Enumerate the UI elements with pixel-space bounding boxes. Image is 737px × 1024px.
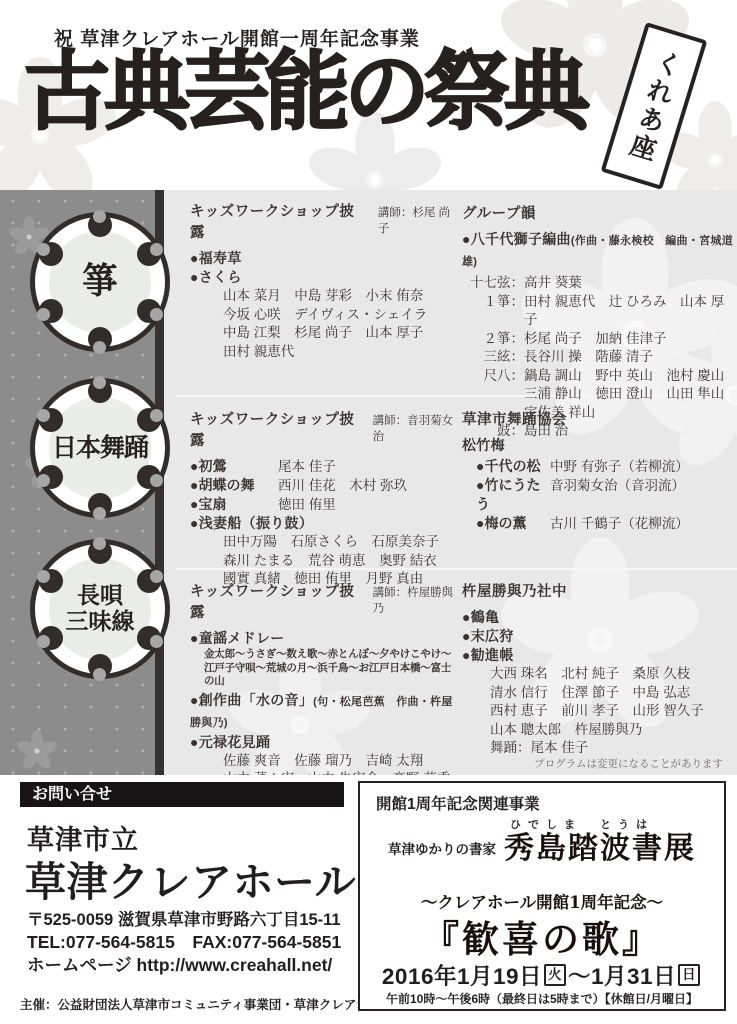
performer-names: 中島 江梨 杉尾 尚子 山本 厚子 bbox=[190, 324, 458, 343]
contact-header: お問い合せ bbox=[20, 782, 344, 807]
performer-names: 今坂 心咲 デイヴィス・シェイラ bbox=[190, 306, 458, 325]
medallion-label-nagauta: 長唄 三味線 bbox=[35, 544, 165, 674]
performer-names: 山本 聰太郎 杵屋勝與乃 bbox=[462, 721, 734, 740]
part-row: 三絃：長谷川 操 階藤 清子 bbox=[462, 348, 734, 367]
poster-title: 古典芸能の祭典 bbox=[24, 40, 624, 143]
section-nagauta-right: 杵屋勝與乃社中 ●鶴亀 ●末広狩 ●勧進帳 大西 珠名 北村 純子 桑原 久枝 … bbox=[462, 580, 734, 758]
medley-songs: 金太郎～うさぎ～数え歌～赤とんぼ～夕やけこやけ～ bbox=[190, 648, 458, 662]
section-nagauta-left: キッズワークショップ披露講師：杵屋勝與乃 ●童謡メドレー 金太郎～うさぎ～数え歌… bbox=[190, 580, 458, 775]
section-buyo-left: キッズワークショップ披露講師：音羽菊女治 ●初鶯尾本 佳子 ●胡蝶の舞西川 佳花… bbox=[190, 408, 458, 589]
medallion-koto: 箏 bbox=[30, 212, 170, 352]
instructor-label: 講師：杵屋勝與乃 bbox=[373, 584, 458, 616]
footer: お問い合せ 草津市立 草津クレアホール 〒525-0059 滋賀県草津市野路六丁… bbox=[0, 775, 737, 1024]
program-item: ●元禄花見踊 bbox=[190, 733, 458, 752]
performer-names: 田中万陽 石原さくら 石原美奈子 bbox=[190, 533, 458, 552]
tel-fax: TEL:077-564-5815 FAX:077-564-5851 bbox=[27, 929, 341, 954]
program-item: ●福寿草 bbox=[190, 249, 458, 268]
program-item: ●創作曲「水の音」(句・松尾芭蕉 作曲・杵屋勝與乃) bbox=[190, 691, 458, 733]
weekday-box: 火 bbox=[544, 964, 566, 986]
related-event-category: 開館1周年記念関連事業 bbox=[376, 792, 540, 814]
homepage-url: ホームページ http://www.creahall.net/ bbox=[27, 952, 332, 977]
section-koto-left: キッズワークショップ披露講師：杉尾 尚子 ●福寿草 ●さくら 山本 菜月 中島 … bbox=[190, 200, 458, 361]
program-item: ●勧進帳 bbox=[462, 646, 734, 665]
program-item: ●童謡メドレー bbox=[190, 629, 458, 648]
performer-names: 舞踊：尾本 佳子 bbox=[462, 739, 734, 758]
performer-names: 西村 恵子 前川 孝子 山形 智久子 bbox=[462, 702, 734, 721]
exhibition-hours: 午前10時～午後6時（最終日は5時まで）【休館日/月曜日】 bbox=[360, 990, 724, 1007]
part-row: 尺八：鍋島 調山 野中 英山 池村 慶山 bbox=[462, 367, 734, 386]
program-item: ●鶴亀 bbox=[462, 608, 734, 627]
exhibition-main-title: 『歓喜の歌』 bbox=[360, 909, 724, 963]
medley-songs: 江戸子守唄～荒城の月～浜千鳥～お江戸日本橋～富士の山 bbox=[190, 662, 458, 689]
group-heading: 草津市舞踊協会 bbox=[462, 408, 567, 429]
exhibition-title: 秀島踏波書展 bbox=[504, 832, 696, 865]
medallion-nihon-buyo: 日本舞踊 bbox=[30, 378, 170, 518]
exhibition-dates: 2016年1月19日火～1月31日日 bbox=[360, 959, 724, 991]
program-content: 箏 日本舞踊 長唄 三味線 キッズワークショップ披露講師：杉尾 尚子 ●福寿草 … bbox=[0, 190, 737, 775]
program-item: 松竹梅 bbox=[462, 436, 734, 455]
program-row: ●初鶯尾本 佳子 bbox=[190, 457, 458, 476]
related-event-box: 開館1周年記念関連事業 草津ゆかりの書家 ひでしま とうは 秀島踏波書展 ～クレ… bbox=[358, 781, 726, 1011]
medallion-label-koto: 箏 bbox=[35, 217, 165, 347]
program-row: ●胡蝶の舞西川 佳花 木村 弥玖 bbox=[190, 476, 458, 495]
program-item: ●末広狩 bbox=[462, 627, 734, 646]
program-row: ●竹にうたう音羽菊女治（音羽流） bbox=[462, 476, 734, 514]
section-heading: キッズワークショップ披露 bbox=[190, 580, 357, 622]
program-change-note: プログラムは変更になることがあります bbox=[534, 756, 723, 771]
medallion-label-nihon-buyo: 日本舞踊 bbox=[35, 383, 165, 513]
part-row: １箏：田村 親恵代 辻 ひろみ 山本 厚子 bbox=[462, 293, 734, 330]
performer-names: 佐藤 爽音 佐藤 瑠乃 吉崎 太翔 bbox=[190, 752, 458, 771]
weekday-box: 日 bbox=[678, 964, 700, 986]
medallion-nagauta-shamisen: 長唄 三味線 bbox=[30, 539, 170, 679]
performer-names: 森川 たまる 荒谷 萌恵 奥野 結衣 bbox=[190, 552, 458, 571]
program-row: ●千代の松中野 有弥子（若柳流） bbox=[462, 457, 734, 476]
organizer-line: 主催：公益財団法人草津市コミュニティ事業団・草津クレアホール bbox=[20, 995, 394, 1013]
instructor-label: 講師：音羽菊女治 bbox=[373, 412, 458, 444]
part-row: ２箏：杉尾 尚子 加納 佳津子 bbox=[462, 330, 734, 349]
performer-names: 清水 信行 住澤 節子 中島 弘志 bbox=[462, 684, 734, 703]
group-heading: 杵屋勝與乃社中 bbox=[462, 580, 567, 601]
part-row: 十七弦：高井 葵葉 bbox=[462, 274, 734, 293]
program-row: ●梅の薫古川 千鶴子（花柳流） bbox=[462, 514, 734, 533]
instructor-label: 講師：杉尾 尚子 bbox=[378, 204, 458, 236]
program-item: ●さくら bbox=[190, 268, 458, 287]
section-heading: キッズワークショップ披露 bbox=[190, 200, 362, 242]
performer-names: 大西 珠名 北村 純子 桑原 久枝 bbox=[462, 665, 734, 684]
venue-address: 〒525-0059 滋賀県草津市野路六丁目15-11 bbox=[27, 906, 341, 930]
header: 祝 草津クレアホール開館一周年記念事業 古典芸能の祭典 くれあ座 bbox=[0, 0, 737, 190]
performer-names: 三浦 静山 徳田 澄山 山田 隼山 bbox=[462, 385, 734, 404]
section-heading: キッズワークショップ披露 bbox=[190, 408, 357, 450]
calligrapher-prefix: 草津ゆかりの書家 bbox=[388, 838, 496, 865]
sakura-watermark-icon bbox=[16, 730, 58, 772]
venue-name: 草津クレアホール bbox=[25, 849, 356, 908]
festival-poster: 祝 草津クレアホール開館一周年記念事業 古典芸能の祭典 くれあ座 箏 bbox=[0, 0, 737, 1024]
furigana: ひでしま とうは bbox=[504, 816, 696, 832]
section-koto-right: グループ韻 ●八千代獅子編曲(作曲・藤永検校 編曲・宮城道雄) 十七弦：高井 葵… bbox=[462, 202, 734, 441]
program-item: ●浅妻船（振り鼓） bbox=[190, 514, 458, 533]
group-heading: グループ韻 bbox=[462, 202, 536, 223]
section-buyo-right: 草津市舞踊協会 松竹梅 ●千代の松中野 有弥子（若柳流） ●竹にうたう音羽菊女治… bbox=[462, 408, 734, 533]
program-item: ●八千代獅子編曲(作曲・藤永検校 編曲・宮城道雄) bbox=[462, 230, 734, 272]
performer-names: 山本 菜々実 山本 朱実令 髙野 苺香 bbox=[190, 770, 458, 775]
performer-names: 山本 菜月 中島 芽彩 小末 侑奈 bbox=[190, 287, 458, 306]
performer-names: 田村 親恵代 bbox=[190, 343, 458, 362]
program-row: ●宝扇徳田 侑里 bbox=[190, 495, 458, 514]
